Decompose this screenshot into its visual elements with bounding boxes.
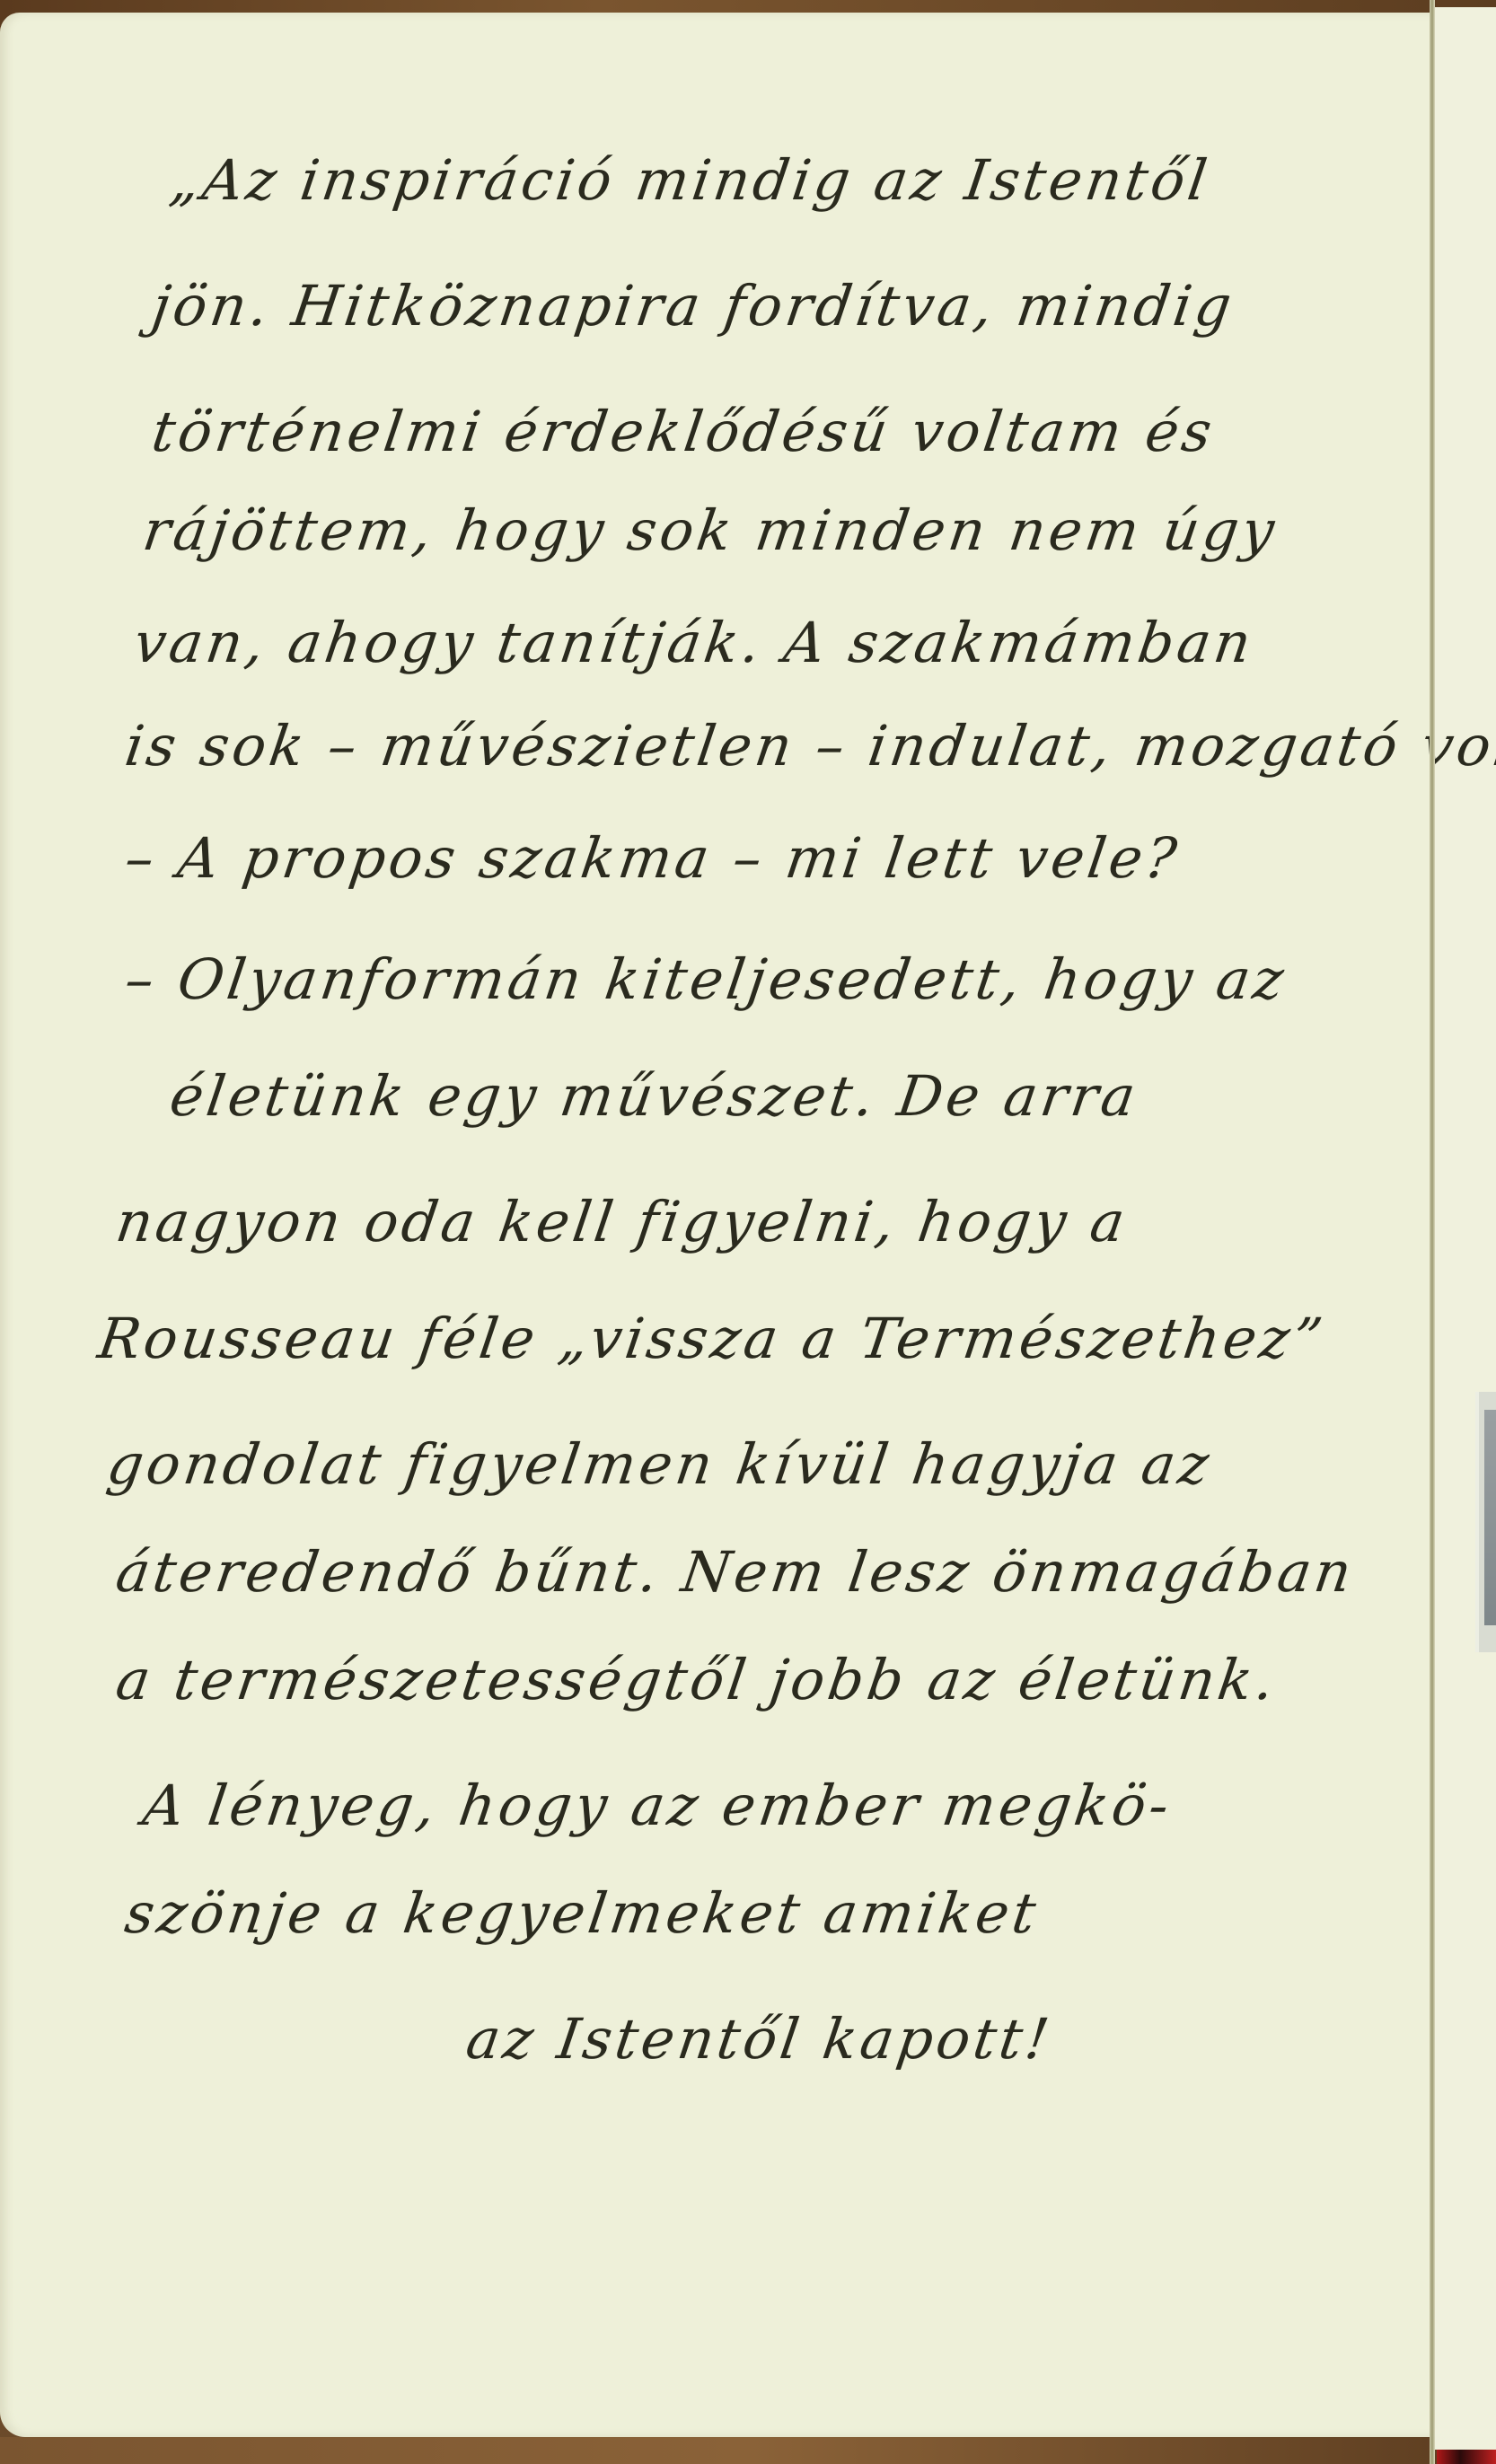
text-line: Rousseau féle „vissza a Természethez” bbox=[94, 1306, 1330, 1371]
bookmark-ribbon bbox=[1437, 2450, 1496, 2464]
text-line: van, ahogy tanítják. A szakmámban bbox=[130, 610, 1259, 675]
text-line: történelmi érdeklődésű voltam és bbox=[148, 399, 1219, 464]
text-line: az Istentől kapott! bbox=[462, 2006, 1057, 2072]
text-line: a természetességtől jobb az életünk. bbox=[112, 1647, 1281, 1712]
text-line: áteredendő bűnt. Nem lesz önmagában bbox=[112, 1539, 1359, 1605]
pasted-photo-fragment bbox=[1475, 1392, 1496, 1652]
text-line: – A propos szakma – mi lett vele? bbox=[121, 825, 1184, 891]
text-line: rájöttem, hogy sok minden nem úgy bbox=[139, 497, 1282, 563]
text-line: szönje a kegyelmeket amiket bbox=[121, 1880, 1043, 1946]
notebook-page: „Az inspiráció mindig az Istentől jön. H… bbox=[0, 13, 1435, 2437]
text-line: gondolat figyelmen kívül hagyja az bbox=[103, 1431, 1217, 1497]
text-line: életünk egy művészet. De arra bbox=[166, 1063, 1143, 1129]
page-gutter bbox=[1430, 0, 1435, 2464]
text-line: jön. Hitköznapira fordítva, mindig bbox=[148, 273, 1239, 339]
text-line: nagyon oda kell figyelni, hogy a bbox=[112, 1189, 1132, 1254]
wooden-table-bottom-edge bbox=[0, 2437, 1496, 2464]
text-line: A lényeg, hogy az ember megkö- bbox=[139, 1773, 1176, 1838]
text-line: – Olyanformán kiteljesedett, hogy az bbox=[121, 946, 1291, 1012]
text-line: „Az inspiráció mindig az Istentől bbox=[166, 147, 1215, 213]
text-line: is sok – művészietlen – indulat, mozgató… bbox=[121, 713, 1496, 779]
right-page-edge bbox=[1435, 7, 1496, 2450]
